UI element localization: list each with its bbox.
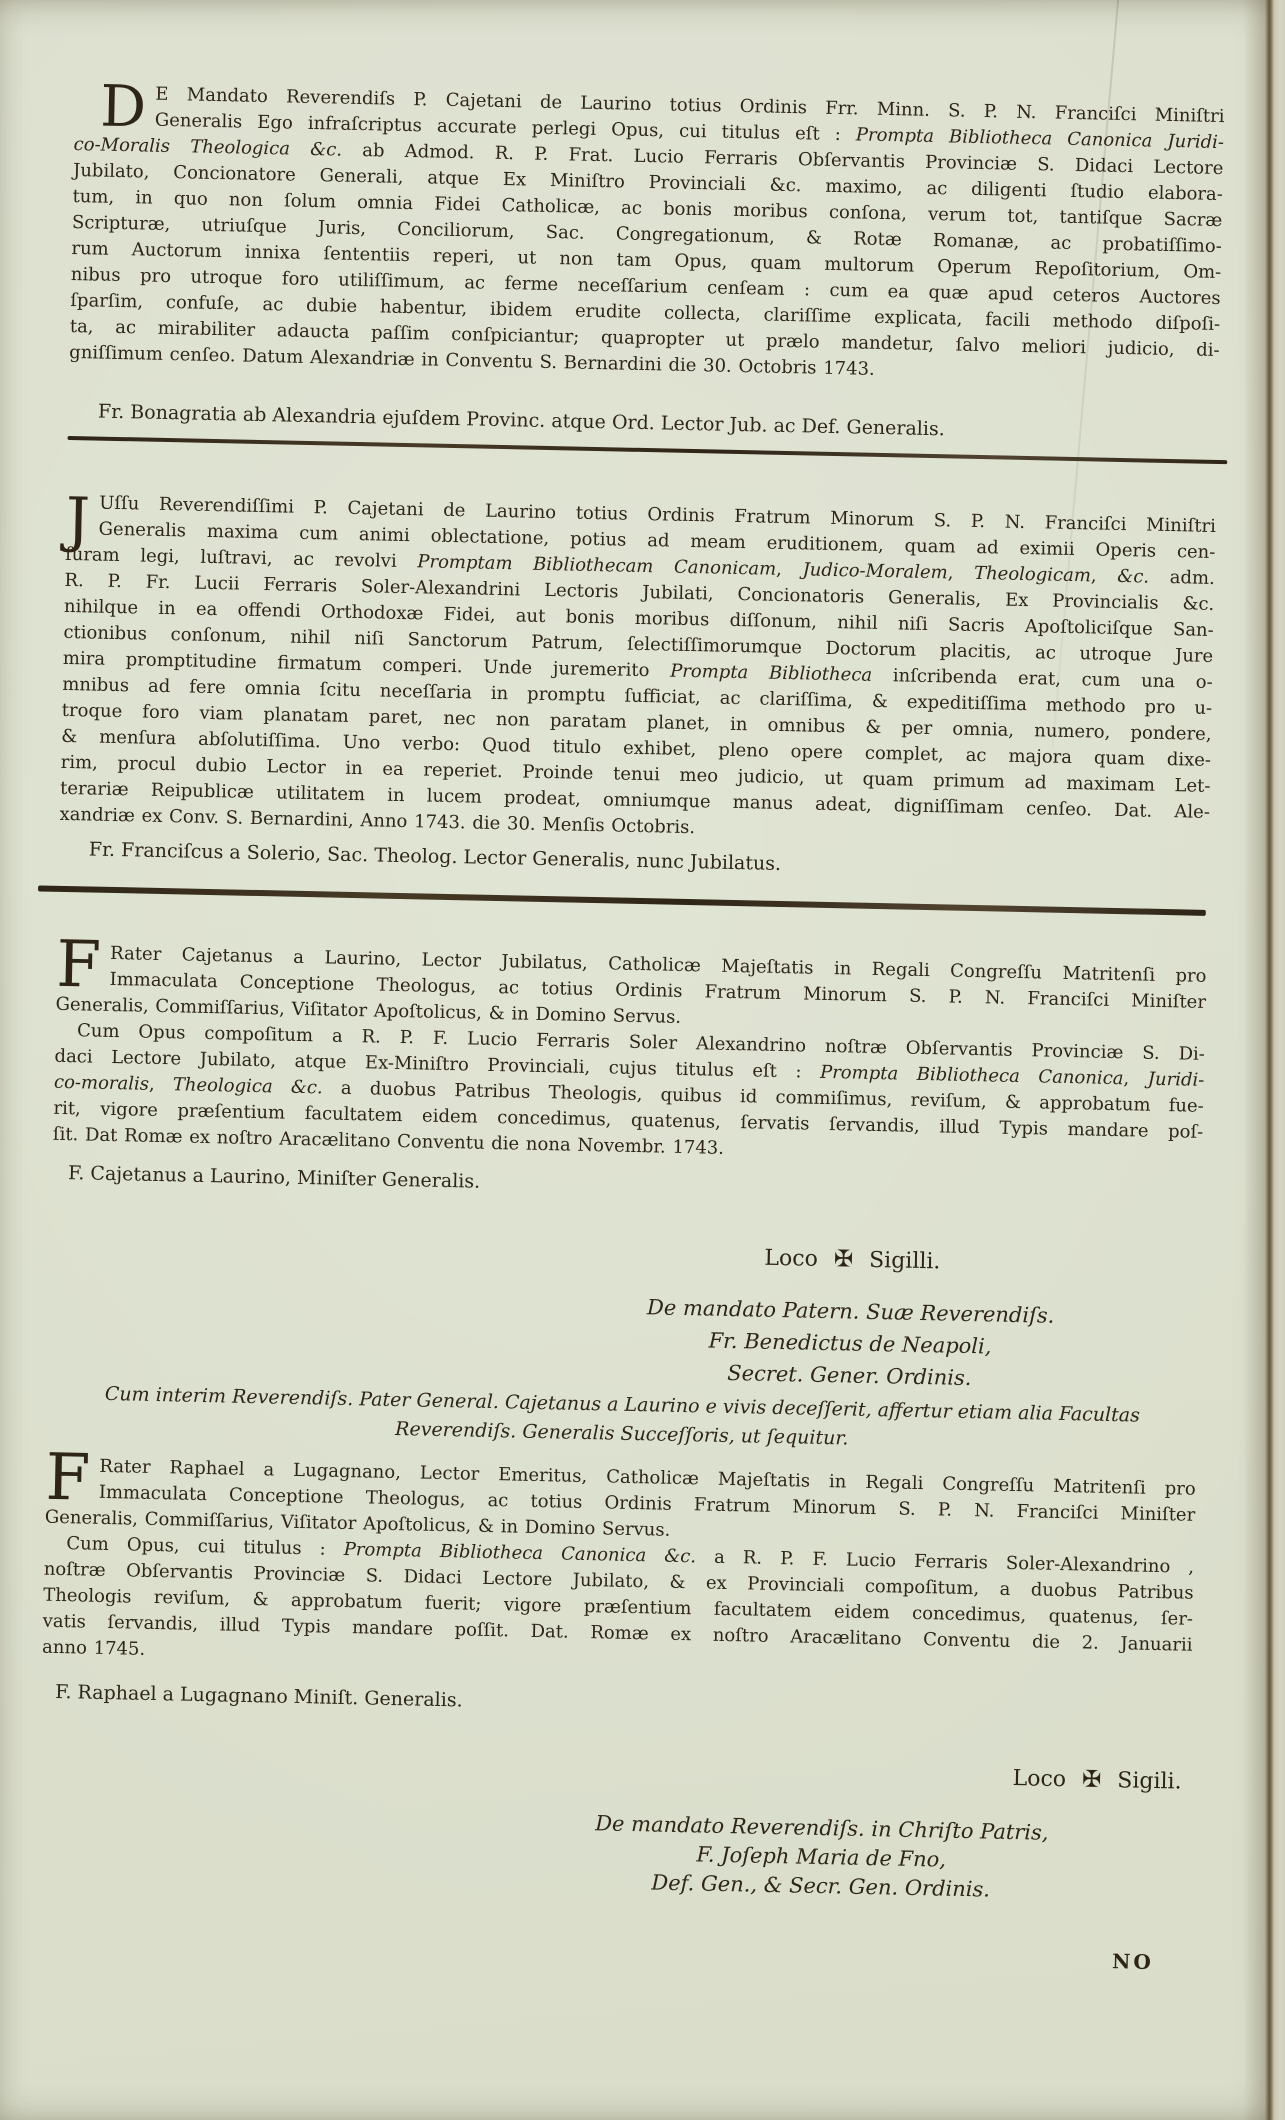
- signature-line: F. Raphael a Lugagnano Miniſt. Generalis…: [55, 1679, 1191, 1729]
- page-content: DE Mandato Reverendiſs P. Cajetani de La…: [36, 80, 1225, 1975]
- maltese-cross-icon: ✠: [1082, 1766, 1102, 1792]
- drop-cap-letter: D: [100, 83, 147, 134]
- loco-sigilli-line: Loco ✠ Sigilli.: [50, 1230, 1200, 1281]
- loco-sigilli-line: Loco ✠ Sigili.: [40, 1745, 1190, 1796]
- approbation-paragraph: DE Mandato Reverendiſs P. Cajetani de La…: [69, 80, 1225, 390]
- maltese-cross-icon: ✠: [834, 1246, 854, 1272]
- catchword: NO: [36, 1927, 1186, 1975]
- approbation-paragraph: JUſſu Reverendiſſimi P. Cajetani de Laur…: [59, 490, 1216, 852]
- page-edge-shadow: [1243, 0, 1285, 2120]
- de-mandato-block: De mandato Patern. Suæ Reverendiſs.Fr. B…: [645, 1291, 1054, 1396]
- drop-cap-letter: J: [65, 499, 90, 549]
- de-mandato-block: De mandato Reverendiſs. in Chriſto Patri…: [594, 1809, 1049, 1905]
- drop-cap-letter: F: [45, 1455, 90, 1506]
- approbation-paragraph: FRater Cajetanus a Laurino, Lector Jubil…: [53, 940, 1207, 1172]
- scanned-book-page: DE Mandato Reverendiſs P. Cajetani de La…: [0, 0, 1285, 2120]
- drop-cap-letter: F: [56, 942, 101, 993]
- divider-rule: [38, 885, 1206, 915]
- approbation-paragraph: FRater Raphael a Lugagnano, Lector Emeri…: [42, 1453, 1196, 1685]
